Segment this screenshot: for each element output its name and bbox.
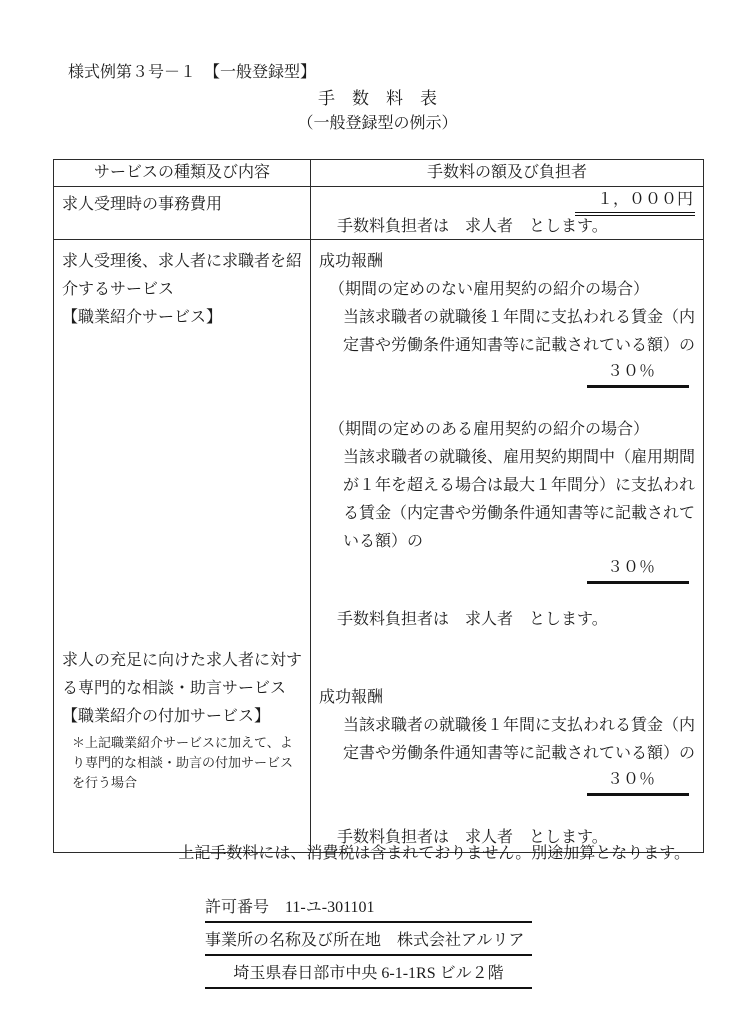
spacer xyxy=(319,388,695,416)
service2-name: 求人の充足に向けた求人者に対する専門的な相談・助言サービス xyxy=(62,647,302,703)
license-permit-number: 許可番号 11-ユ-301101 xyxy=(205,897,532,923)
service1-name: 求人受理後、求人者に求職者を紹介するサービス xyxy=(62,248,302,304)
page-subtitle: （一般登録型の例示） xyxy=(0,113,755,134)
fee-amount: １，０００円 xyxy=(575,187,695,216)
column-header-fee: 手数料の額及び負担者 xyxy=(311,160,704,187)
spacer xyxy=(319,634,695,662)
document-page: 様式例第３号－１ 【一般登録型】 手 数 料 表 （一般登録型の例示） サービス… xyxy=(0,0,755,1024)
form-number-label: 様式例第３号－１ 【一般登録型】 xyxy=(68,63,316,83)
fee-amount-row: １，０００円 xyxy=(319,187,695,214)
column-header-service: サービスの種類及び内容 xyxy=(54,160,311,187)
spacer xyxy=(319,584,695,606)
fee-table: サービスの種類及び内容 手数料の額及び負担者 求人受理時の事務費用 １，０００円… xyxy=(53,159,704,853)
page-title: 手 数 料 表 xyxy=(0,88,755,110)
fee-cell-referral: 成功報酬 （期間の定めのない雇用契約の紹介の場合） 当該求職者の就職後１年間に支… xyxy=(311,240,704,853)
fee2-percent-row: ３０％ xyxy=(319,768,695,796)
fee1-payer: 手数料負担者は 求人者 とします。 xyxy=(319,606,695,634)
fee1-case1-body: 当該求職者の就職後１年間に支払われる賃金（内定書や労働条件通知書等に記載されてい… xyxy=(319,304,695,360)
fee1-case2-percent-row: ３０％ xyxy=(319,556,695,584)
service2-tag: 【職業紹介の付加サービス】 xyxy=(62,703,302,731)
fee1-case2-condition: （期間の定めのある雇用契約の紹介の場合） xyxy=(319,416,695,444)
table-header-row: サービスの種類及び内容 手数料の額及び負担者 xyxy=(54,160,704,187)
spacer xyxy=(319,796,695,824)
fee1-case2-percent: ３０％ xyxy=(587,556,689,584)
service1-tag: 【職業紹介サービス】 xyxy=(62,304,302,332)
fee2-body: 当該求職者の就職後１年間に支払われる賃金（内定書や労働条件通知書等に記載されてい… xyxy=(319,712,695,768)
fee1-case2-body: 当該求職者の就職後、雇用契約期間中（雇用期間が１年を超える場合は最大１年間分）に… xyxy=(319,444,695,556)
spacer xyxy=(62,332,302,647)
license-address: 埼玉県春日部市中央 6-1-1RS ビル２階 xyxy=(205,963,532,989)
tax-note: 上記手数料には、消費税は含まれておりません。別途加算となります。 xyxy=(0,843,690,865)
fee1-case1-percent: ３０％ xyxy=(587,360,689,388)
fee2-label: 成功報酬 xyxy=(319,684,695,712)
fee1-case1-condition: （期間の定めのない雇用契約の紹介の場合） xyxy=(319,276,695,304)
fee-cell-intake: １，０００円 手数料負担者は 求人者 とします。 xyxy=(311,187,704,240)
fee1-case1-percent-row: ３０％ xyxy=(319,360,695,388)
service-cell-intake: 求人受理時の事務費用 xyxy=(54,187,311,240)
license-block: 許可番号 11-ユ-301101 事業所の名称及び所在地 株式会社アルリア 埼玉… xyxy=(205,897,532,996)
fee1-label: 成功報酬 xyxy=(319,248,695,276)
fee2-percent: ３０％ xyxy=(587,768,689,796)
table-row: 求人受理後、求人者に求職者を紹介するサービス 【職業紹介サービス】 求人の充足に… xyxy=(54,240,704,853)
table-row: 求人受理時の事務費用 １，０００円 手数料負担者は 求人者 とします。 xyxy=(54,187,704,240)
service-cell-referral: 求人受理後、求人者に求職者を紹介するサービス 【職業紹介サービス】 求人の充足に… xyxy=(54,240,311,853)
license-office-name: 事業所の名称及び所在地 株式会社アルリア xyxy=(205,930,532,956)
spacer xyxy=(319,662,695,684)
service2-note: ＊上記職業紹介サービスに加えて、より専門的な相談・助言の付加サービスを行う場合 xyxy=(62,733,302,793)
fee-payer: 手数料負担者は 求人者 とします。 xyxy=(319,214,695,239)
